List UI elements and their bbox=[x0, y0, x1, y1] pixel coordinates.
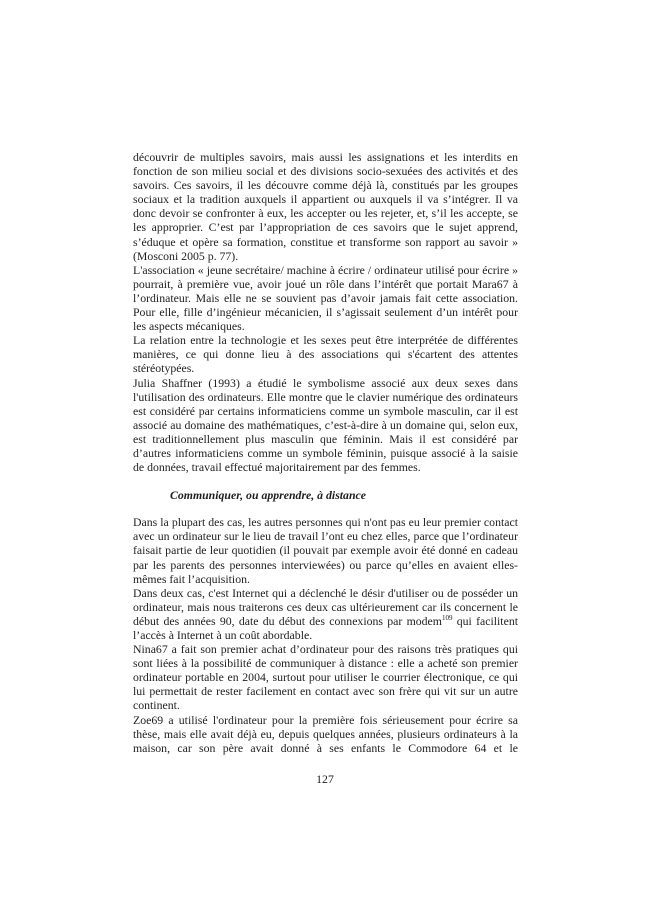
body-paragraph: Dans la plupart des cas, les autres pers… bbox=[133, 515, 518, 585]
body-paragraph: L'association « jeune secrétaire/ machin… bbox=[133, 263, 518, 333]
page-number: 127 bbox=[0, 772, 650, 786]
body-paragraph: Dans deux cas, c'est Internet qui a décl… bbox=[133, 586, 518, 642]
body-paragraph: Julia Shaffner (1993) a étudié le symbol… bbox=[133, 376, 518, 475]
body-paragraph: Nina67 a fait son premier achat d’ordina… bbox=[133, 642, 518, 712]
footnote-reference: 109 bbox=[442, 614, 453, 622]
body-paragraph: Zoe69 a utilisé l'ordinateur pour la pre… bbox=[133, 713, 518, 755]
text-block: découvrir de multiples savoirs, mais aus… bbox=[133, 150, 518, 755]
document-page: découvrir de multiples savoirs, mais aus… bbox=[0, 0, 650, 920]
section-heading: Communiquer, ou apprendre, à distance bbox=[170, 488, 518, 502]
body-paragraph: découvrir de multiples savoirs, mais aus… bbox=[133, 150, 518, 263]
body-paragraph: La relation entre la technologie et les … bbox=[133, 333, 518, 375]
